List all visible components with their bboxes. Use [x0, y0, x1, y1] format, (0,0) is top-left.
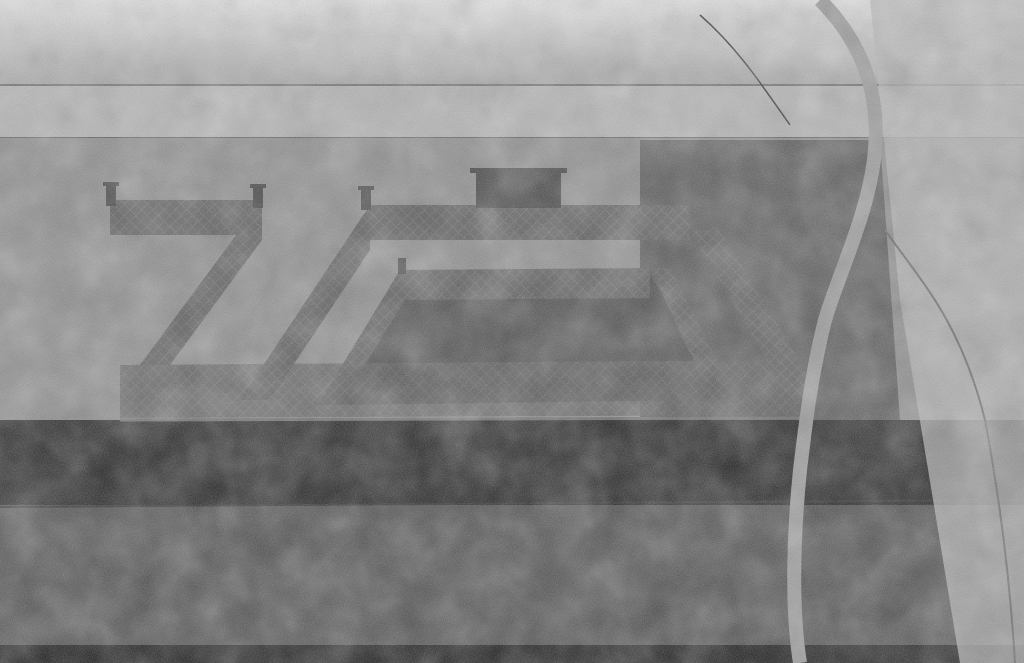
fresco-photograph — [0, 0, 1024, 663]
garden-fresco-illustration — [0, 0, 1024, 663]
